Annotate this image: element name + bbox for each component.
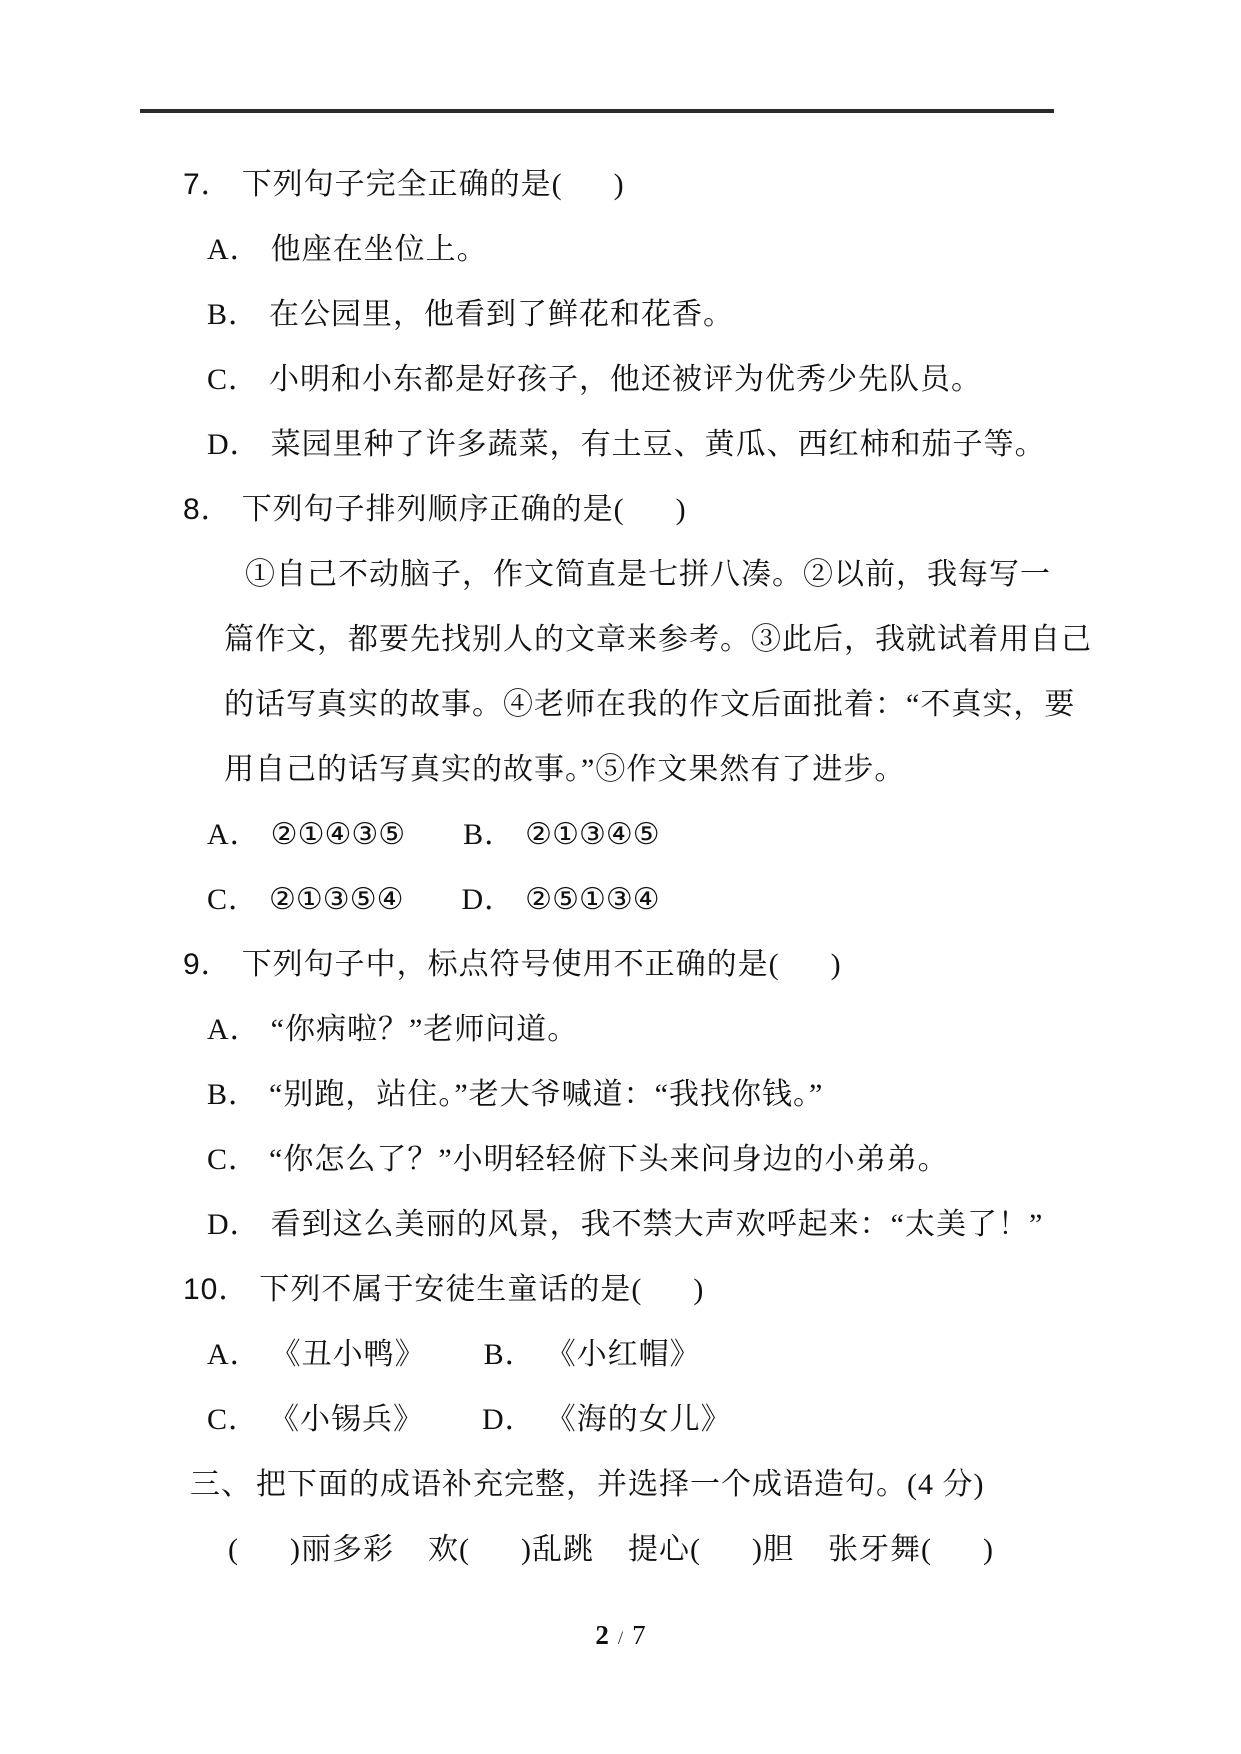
- passage-text: ①自己不动脑子，作文简直是七拼八凑。②以前，我每写一: [245, 549, 1051, 593]
- option-label: B．: [207, 1069, 259, 1113]
- idiom-blank-2: 欢( )乱跳: [428, 1524, 594, 1568]
- question-9-option-d: D．看到这么美丽的风景，我不禁大声欢呼起来：“太美了！”: [0, 1188, 1241, 1253]
- idiom-blank-3: 提心( )胆: [628, 1524, 794, 1568]
- question-10-option-d: D．《海的女儿》: [482, 1394, 732, 1438]
- option-text: 《海的女儿》: [546, 1394, 732, 1438]
- question-7-option-d: D．菜园里种了许多蔬菜，有土豆、黄瓜、西红柿和茄子等。: [0, 408, 1241, 473]
- page-number-total: 7: [632, 1620, 646, 1650]
- question-8-stem-line: 8．下列句子排列顺序正确的是( ): [0, 473, 1241, 538]
- question-8-number: 8．: [183, 484, 232, 528]
- question-10-option-a: A．《丑小鸭》: [207, 1329, 426, 1373]
- page-number-separator: /: [618, 1628, 623, 1649]
- passage-text: 用自己的话写真实的故事。”⑤作文果然有了进步。: [224, 744, 905, 788]
- question-8-option-a: A．②①④③⑤: [207, 809, 405, 853]
- question-8-passage-line-3: 的话写真实的故事。④老师在我的作文后面批着：“不真实，要: [0, 668, 1241, 733]
- option-text: 《丑小鸭》: [271, 1329, 426, 1373]
- question-10-number: 10．: [183, 1264, 249, 1308]
- question-7-option-b: B．在公园里，他看到了鲜花和花香。: [0, 278, 1241, 343]
- question-9-stem-line: 9．下列句子中，标点符号使用不正确的是( ): [0, 928, 1241, 993]
- option-label: D．: [207, 419, 261, 463]
- option-sequence: ②①④③⑤: [271, 817, 405, 852]
- option-label: A．: [207, 1004, 261, 1048]
- section-3-title: 把下面的成语补充完整，并选择一个成语造句。(4 分): [256, 1459, 984, 1503]
- question-10-stem: 下列不属于安徒生童话的是( ): [259, 1264, 704, 1308]
- option-label: C．: [207, 1134, 259, 1178]
- option-text: 菜园里种了许多蔬菜，有土豆、黄瓜、西红柿和茄子等。: [271, 419, 1046, 463]
- section-3-title-line: 三、把下面的成语补充完整，并选择一个成语造句。(4 分): [0, 1448, 1241, 1513]
- question-8-option-c: C．②①③⑤④: [207, 874, 404, 918]
- question-10-option-c: C．《小锡兵》: [207, 1394, 424, 1438]
- question-9-option-b: B．“别跑，站住。”老大爷喊道：“我找你钱。”: [0, 1058, 1241, 1123]
- question-8-stem: 下列句子排列顺序正确的是( ): [242, 484, 687, 528]
- passage-text: 篇作文，都要先找别人的文章来参考。③此后，我就试着用自己: [224, 614, 1092, 658]
- option-label: B．: [484, 1329, 536, 1373]
- option-text: 《小红帽》: [546, 1329, 701, 1373]
- question-8-options-row-1: A．②①④③⑤ B．②①③④⑤: [0, 798, 1241, 863]
- option-label: B．: [463, 809, 515, 853]
- option-label: D．: [207, 1199, 261, 1243]
- question-7-stem-line: 7．下列句子完全正确的是( ): [0, 148, 1241, 213]
- option-label: A．: [207, 1329, 261, 1373]
- exam-page-body: 7．下列句子完全正确的是( ) A．他座在坐位上。 B．在公园里，他看到了鲜花和…: [0, 148, 1241, 1578]
- question-8-option-d: D．②⑤①③④: [462, 874, 660, 918]
- passage-text: 的话写真实的故事。④老师在我的作文后面批着：“不真实，要: [224, 679, 1075, 723]
- option-label: A．: [207, 809, 261, 853]
- option-text: 他座在坐位上。: [271, 224, 488, 268]
- option-text: 在公园里，他看到了鲜花和花香。: [269, 289, 734, 333]
- option-label: D．: [482, 1394, 536, 1438]
- question-7-stem: 下列句子完全正确的是( ): [242, 159, 625, 203]
- question-8-options-row-2: C．②①③⑤④ D．②⑤①③④: [0, 863, 1241, 928]
- option-sequence: ②①③④⑤: [525, 817, 659, 852]
- question-8-option-b: B．②①③④⑤: [463, 809, 660, 853]
- option-label: C．: [207, 1394, 259, 1438]
- question-8-passage-line-1: ①自己不动脑子，作文简直是七拼八凑。②以前，我每写一: [0, 538, 1241, 603]
- question-7-option-a: A．他座在坐位上。: [0, 213, 1241, 278]
- question-10-options-row-2: C．《小锡兵》 D．《海的女儿》: [0, 1383, 1241, 1448]
- section-3-idiom-blanks-line: ( )丽多彩 欢( )乱跳 提心( )胆 张牙舞( ): [0, 1513, 1241, 1578]
- question-10-options-row-1: A．《丑小鸭》 B．《小红帽》: [0, 1318, 1241, 1383]
- question-9-option-c: C．“你怎么了？”小明轻轻俯下头来问身边的小弟弟。: [0, 1123, 1241, 1188]
- question-7-option-c: C．小明和小东都是好孩子，他还被评为优秀少先队员。: [0, 343, 1241, 408]
- question-10-option-b: B．《小红帽》: [484, 1329, 701, 1373]
- section-3-number: 三、: [190, 1459, 252, 1503]
- option-sequence: ②①③⑤④: [269, 882, 403, 917]
- option-label: C．: [207, 874, 259, 918]
- question-9-stem: 下列句子中，标点符号使用不正确的是( ): [242, 939, 842, 983]
- option-text: 看到这么美丽的风景，我不禁大声欢呼起来：“太美了！”: [271, 1199, 1044, 1243]
- idiom-blank-4: 张牙舞( ): [828, 1524, 994, 1568]
- option-text: 《小锡兵》: [269, 1394, 424, 1438]
- question-7-number: 7．: [183, 159, 232, 203]
- page-footer: 2/7: [0, 1620, 1241, 1651]
- question-8-passage-line-4: 用自己的话写真实的故事。”⑤作文果然有了进步。: [0, 733, 1241, 798]
- option-text: 小明和小东都是好孩子，他还被评为优秀少先队员。: [269, 354, 982, 398]
- option-label: D．: [462, 874, 516, 918]
- header-divider-line: [140, 109, 1054, 113]
- option-label: A．: [207, 224, 261, 268]
- question-9-option-a: A．“你病啦？”老师问道。: [0, 993, 1241, 1058]
- question-10-stem-line: 10．下列不属于安徒生童话的是( ): [0, 1253, 1241, 1318]
- option-text: “别跑，站住。”老大爷喊道：“我找你钱。”: [269, 1069, 823, 1113]
- idiom-blank-1: ( )丽多彩: [228, 1524, 394, 1568]
- page-number-current: 2: [595, 1620, 609, 1650]
- question-8-passage-line-2: 篇作文，都要先找别人的文章来参考。③此后，我就试着用自己: [0, 603, 1241, 668]
- question-9-number: 9．: [183, 939, 232, 983]
- option-sequence: ②⑤①③④: [525, 882, 659, 917]
- option-text: “你病啦？”老师问道。: [271, 1004, 579, 1048]
- option-text: “你怎么了？”小明轻轻俯下头来问身边的小弟弟。: [269, 1134, 949, 1178]
- option-label: B．: [207, 289, 259, 333]
- option-label: C．: [207, 354, 259, 398]
